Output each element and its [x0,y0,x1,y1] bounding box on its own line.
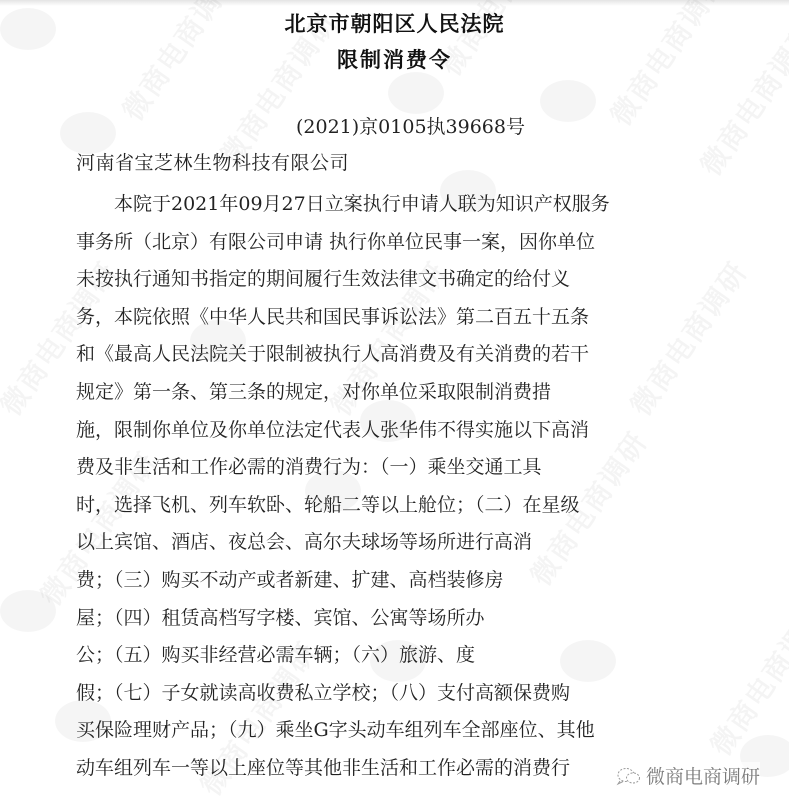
body-line: 费；（三）购买不动产或者新建、扩建、高档装修房 [76,562,445,600]
document-title: 限制消费令 [0,44,789,74]
watermark-text: 微商电商调研 [620,253,756,423]
watermark-bubble-icon [560,640,616,682]
watermark-text: 微商电商调研 [690,13,789,183]
body-line: 施，限制你单位及你单位法定代表人张华伟不得实施以下高消 [76,412,445,450]
recipient-company: 河南省宝芝林生物科技有限公司 [76,148,349,175]
body-line: 假；（七）子女就读高收费私立学校；（八）支付高额保费购 [76,675,445,713]
body-line: 以上宾馆、酒店、夜总会、高尔夫球场等场所进行高消 [76,524,445,562]
page-top-shadow [0,0,789,6]
body-line: 本院于2021年09月27日立案执行申请人联为知识产权服务 [76,186,445,224]
body-line: 动车组列车一等以上座位等其他非生活和工作必需的消费行 [76,750,445,788]
body-line: 买保险理财产品；（九）乘坐G字头动车组列车全部座位、其他 [76,712,445,750]
body-line: 规定》第一条、第三条的规定，对你单位采取限制消费措 [76,374,445,412]
body-line: 公；（五）购买非经营必需车辆；（六）旅游、度 [76,637,445,675]
body-line: 事务所（北京）有限公司申请 执行你单位民事一案，因你单位 [76,224,445,262]
wechat-official-account-icon [616,766,642,786]
body-line: 和《最高人民法院关于限制被执行人高消费及有关消费的若干 [76,336,445,374]
body-line: 费及非生活和工作必需的消费行为：（一）乘坐交通工具 [76,449,445,487]
body-line: 屋；（四）租赁高档写字楼、宾馆、公寓等场所办 [76,600,445,638]
case-number: (2021)京0105执39668号 [296,112,525,139]
body-line: 时，选择飞机、列车软卧、轮船二等以上舱位；（二）在星级 [76,487,445,525]
watermark-bubble-icon [540,80,596,122]
body-line: 务，本院依照《中华人民共和国民事诉讼法》第二百五十五条 [76,299,445,337]
source-badge: 微商电商调研 [616,762,760,789]
order-body: 本院于2021年09月27日立案执行申请人联为知识产权服务 事务所（北京）有限公… [76,186,448,788]
body-line: 未按执行通知书指定的期间履行生效法律文书确定的给付义 [76,261,445,299]
watermark-bubble-icon [388,72,444,114]
court-name: 北京市朝阳区人民法院 [0,8,789,38]
source-badge-label: 微商电商调研 [646,762,760,789]
watermark-bubble-icon [0,590,56,632]
watermark-text: 微商电商调研 [700,593,789,763]
